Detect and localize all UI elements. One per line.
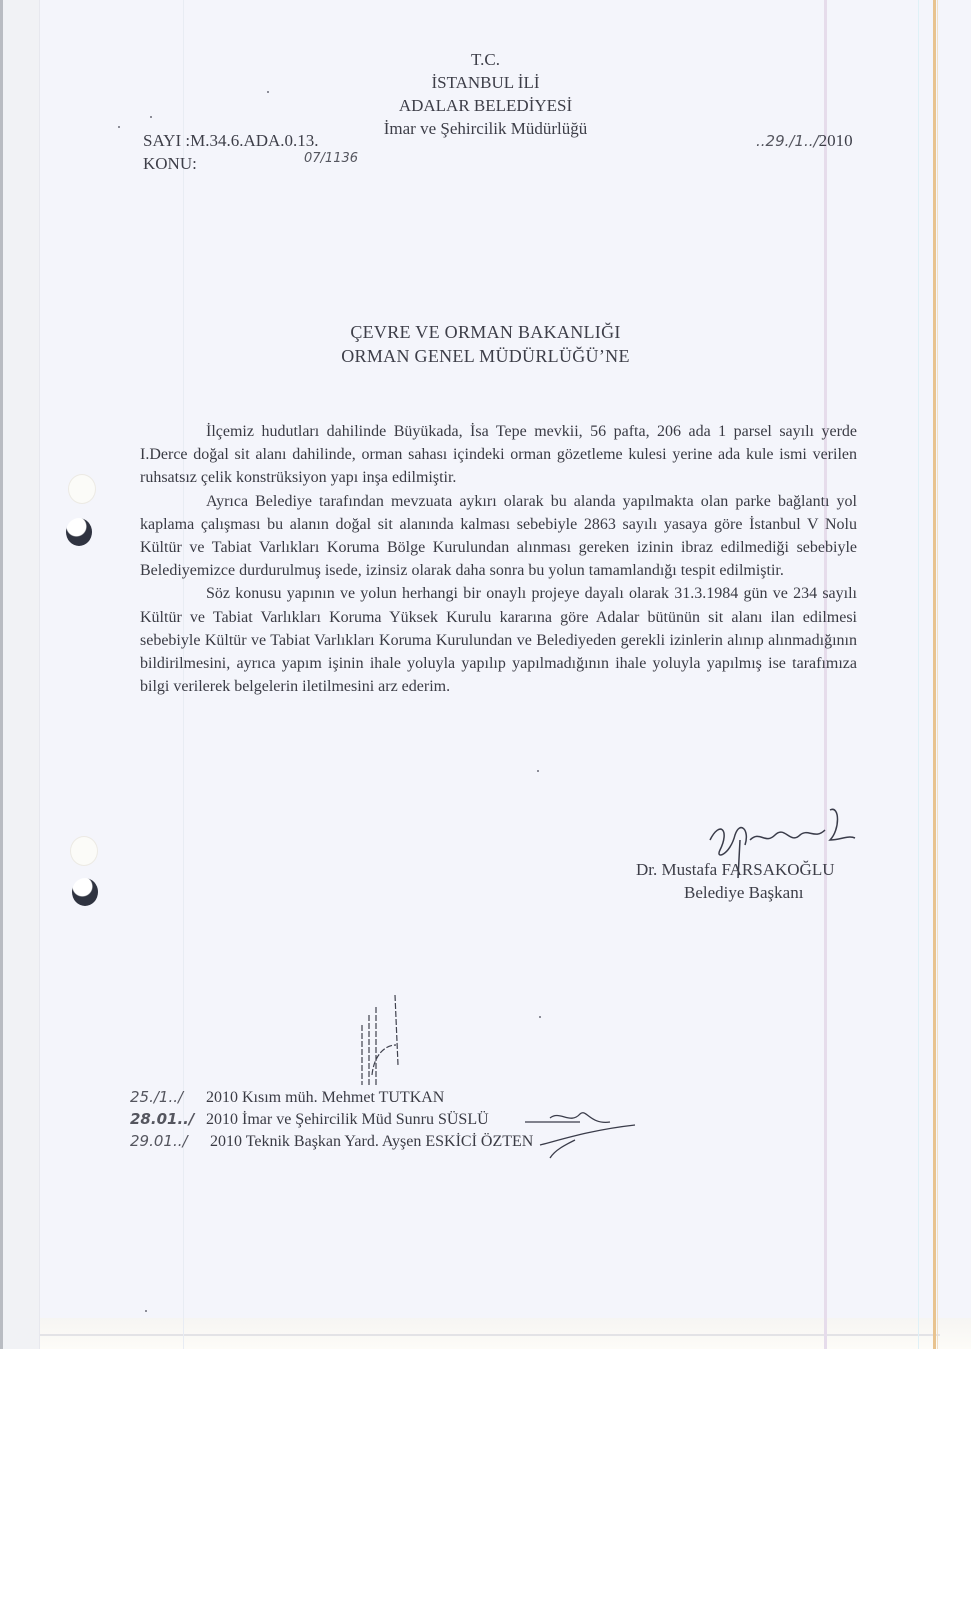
binder-hole bbox=[70, 836, 98, 866]
paraph-line: 25./1../2010 Kısım müh. Mehmet TUTKAN bbox=[130, 1088, 444, 1107]
paraph-line: 29.01../ 2010 Teknik Başkan Yard. Ayşen … bbox=[130, 1132, 533, 1151]
initials-scrawl bbox=[350, 985, 440, 1085]
scanner-streak bbox=[918, 0, 919, 1349]
page-left-margin-strip bbox=[3, 0, 40, 1349]
scan-speck bbox=[539, 1016, 541, 1018]
binder-hole-punched bbox=[72, 878, 98, 906]
paraph-date-year: 2010 bbox=[206, 1111, 238, 1128]
date-year: 2010 bbox=[819, 131, 853, 150]
scan-speck bbox=[145, 1310, 147, 1312]
paraph-date-handwritten: 29.01../ bbox=[130, 1132, 206, 1150]
signatory-name: Dr. Mustafa FARSAKOĞLU bbox=[636, 860, 835, 880]
paraph-line: 28.01../2010 İmar ve Şehircilik Müd Sunr… bbox=[130, 1110, 489, 1129]
reference-number: SAYI :M.34.6.ADA.0.13. bbox=[143, 131, 319, 151]
signatory-title: Belediye Başkanı bbox=[684, 883, 803, 903]
body-paragraph: Söz konusu yapının ve yolun herhangi bir… bbox=[140, 582, 857, 698]
paraph-text: Kısım müh. Mehmet TUTKAN bbox=[242, 1089, 444, 1106]
handwritten-reference: 07/1136 bbox=[304, 151, 358, 166]
letter-body: İlçemiz hudutları dahilinde Büyükada, İs… bbox=[140, 420, 857, 698]
paraph-date-year: 2010 bbox=[206, 1089, 238, 1106]
scan-speck bbox=[537, 770, 539, 772]
binder-hole bbox=[68, 474, 96, 504]
handwritten-date: ..29./1../ bbox=[756, 132, 819, 150]
paraph-text: Teknik Başkan Yard. Ayşen ESKİCİ ÖZTEN bbox=[246, 1133, 534, 1150]
binder-hole-punched bbox=[66, 518, 92, 546]
recipient-directorate: ORMAN GENEL MÜDÜRLÜĞÜ’NE bbox=[0, 344, 971, 368]
letterhead-tc: T.C. bbox=[0, 49, 971, 71]
paraph-signatures bbox=[520, 1100, 640, 1160]
paraph-text: İmar ve Şehircilik Müd Sunru SÜSLÜ bbox=[242, 1111, 489, 1128]
subject-label: KONU: bbox=[143, 154, 197, 174]
paraph-date-year: 2010 bbox=[206, 1133, 242, 1150]
scanner-streak bbox=[933, 0, 936, 1349]
scanner-streak bbox=[937, 0, 938, 1349]
letterhead-municipality: ADALAR BELEDİYESİ bbox=[0, 95, 971, 117]
letter-date: ..29./1../2010 bbox=[756, 131, 853, 151]
recipient-ministry: ÇEVRE VE ORMAN BAKANLIĞI bbox=[0, 320, 971, 344]
body-paragraph: İlçemiz hudutları dahilinde Büyükada, İs… bbox=[140, 420, 857, 490]
paraph-date-handwritten: 28.01../ bbox=[130, 1110, 206, 1128]
page-bottom-edge bbox=[40, 1334, 940, 1336]
paraph-date-handwritten: 25./1../ bbox=[130, 1088, 206, 1106]
letterhead-province: İSTANBUL İLİ bbox=[0, 72, 971, 94]
sayi-label: SAYI bbox=[143, 131, 181, 150]
body-paragraph: Ayrıca Belediye tarafından mevzuata aykı… bbox=[140, 490, 857, 583]
sayi-value: :M.34.6.ADA.0.13. bbox=[185, 131, 318, 150]
